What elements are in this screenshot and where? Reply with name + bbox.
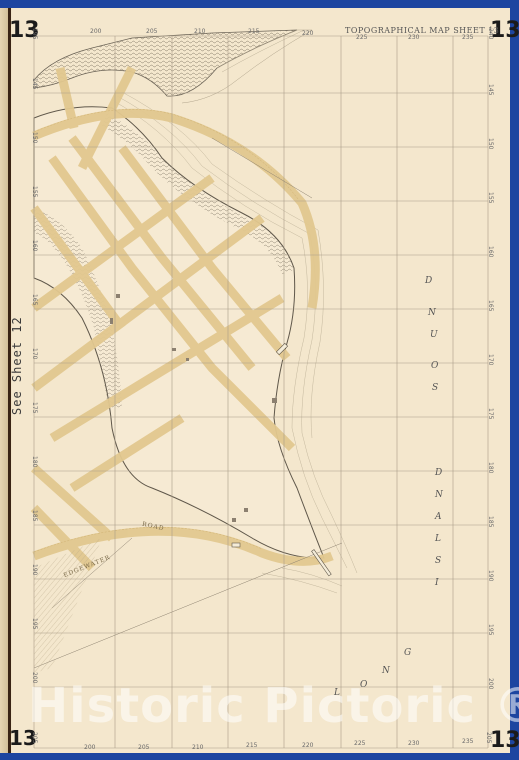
tick-top: 235: [462, 34, 473, 41]
tick-bottom: 225: [354, 740, 365, 747]
tick-top: 220: [302, 30, 313, 37]
sound-label-letter: L: [435, 534, 441, 544]
sound-label-letter: G: [404, 648, 411, 658]
sound-label-letter: S: [432, 383, 438, 393]
sound-label-letter: S: [435, 556, 441, 566]
sound-label-letter: D: [425, 276, 432, 286]
tick-top: 230: [408, 34, 419, 41]
tick-bottom: 210: [192, 744, 203, 751]
map-title: TOPOGRAPHICAL MAP SHEET 13: [345, 26, 499, 35]
tick-top: 240: [487, 28, 494, 39]
tick-right: 175: [487, 408, 494, 419]
sound-label-letter: O: [431, 361, 438, 371]
tick-top: 195: [31, 28, 38, 39]
adjacent-sheet-reference: See Sheet 12: [10, 316, 24, 415]
tick-right: 150: [487, 138, 494, 149]
topographic-map-drawing: [12, 8, 510, 753]
tick-right: 155: [487, 192, 494, 203]
tick-left: 160: [31, 240, 38, 251]
tick-left: 195: [31, 618, 38, 629]
tick-right: 165: [487, 300, 494, 311]
tick-top: 205: [146, 28, 157, 35]
tick-right: 170: [487, 354, 494, 365]
tick-left: 190: [31, 564, 38, 575]
tick-right: 160: [487, 246, 494, 257]
tick-left: 180: [31, 456, 38, 467]
tick-bottom: 220: [302, 742, 313, 749]
tick-bottom: 230: [408, 740, 419, 747]
tick-right: 185: [487, 516, 494, 527]
tick-right: 145: [487, 84, 494, 95]
tick-bottom: 215: [246, 742, 257, 749]
sound-label-letter: A: [435, 512, 442, 522]
tick-top: 200: [90, 28, 101, 35]
tick-bottom: 235: [462, 738, 473, 745]
tick-right: 195: [487, 624, 494, 635]
tick-left: 150: [31, 132, 38, 143]
tick-bottom: 205: [138, 744, 149, 751]
tick-bottom: 200: [84, 744, 95, 751]
tick-left: 145: [31, 78, 38, 89]
tick-left: 170: [31, 348, 38, 359]
sound-label-letter: N: [428, 308, 436, 318]
watermark-text: Historic Pictoric ®: [28, 678, 519, 734]
north-landmass: [34, 30, 297, 96]
tick-top: 225: [356, 34, 367, 41]
tick-left: 155: [31, 186, 38, 197]
sound-label-letter: U: [430, 330, 438, 340]
tick-right: 190: [487, 570, 494, 581]
sound-label-letter: N: [382, 666, 390, 676]
sound-label-letter: D: [435, 468, 442, 478]
tick-left: 175: [31, 402, 38, 413]
tick-top: 215: [248, 28, 259, 35]
map-canvas: 13 13 13 13 TOPOGRAPHICAL MAP SHEET 13 1…: [12, 8, 510, 753]
sound-label-letter: N: [435, 490, 443, 500]
tick-top: 210: [194, 28, 205, 35]
tick-right: 180: [487, 462, 494, 473]
sound-label-letter: I: [435, 578, 439, 588]
tick-left: 185: [31, 510, 38, 521]
tick-left: 165: [31, 294, 38, 305]
